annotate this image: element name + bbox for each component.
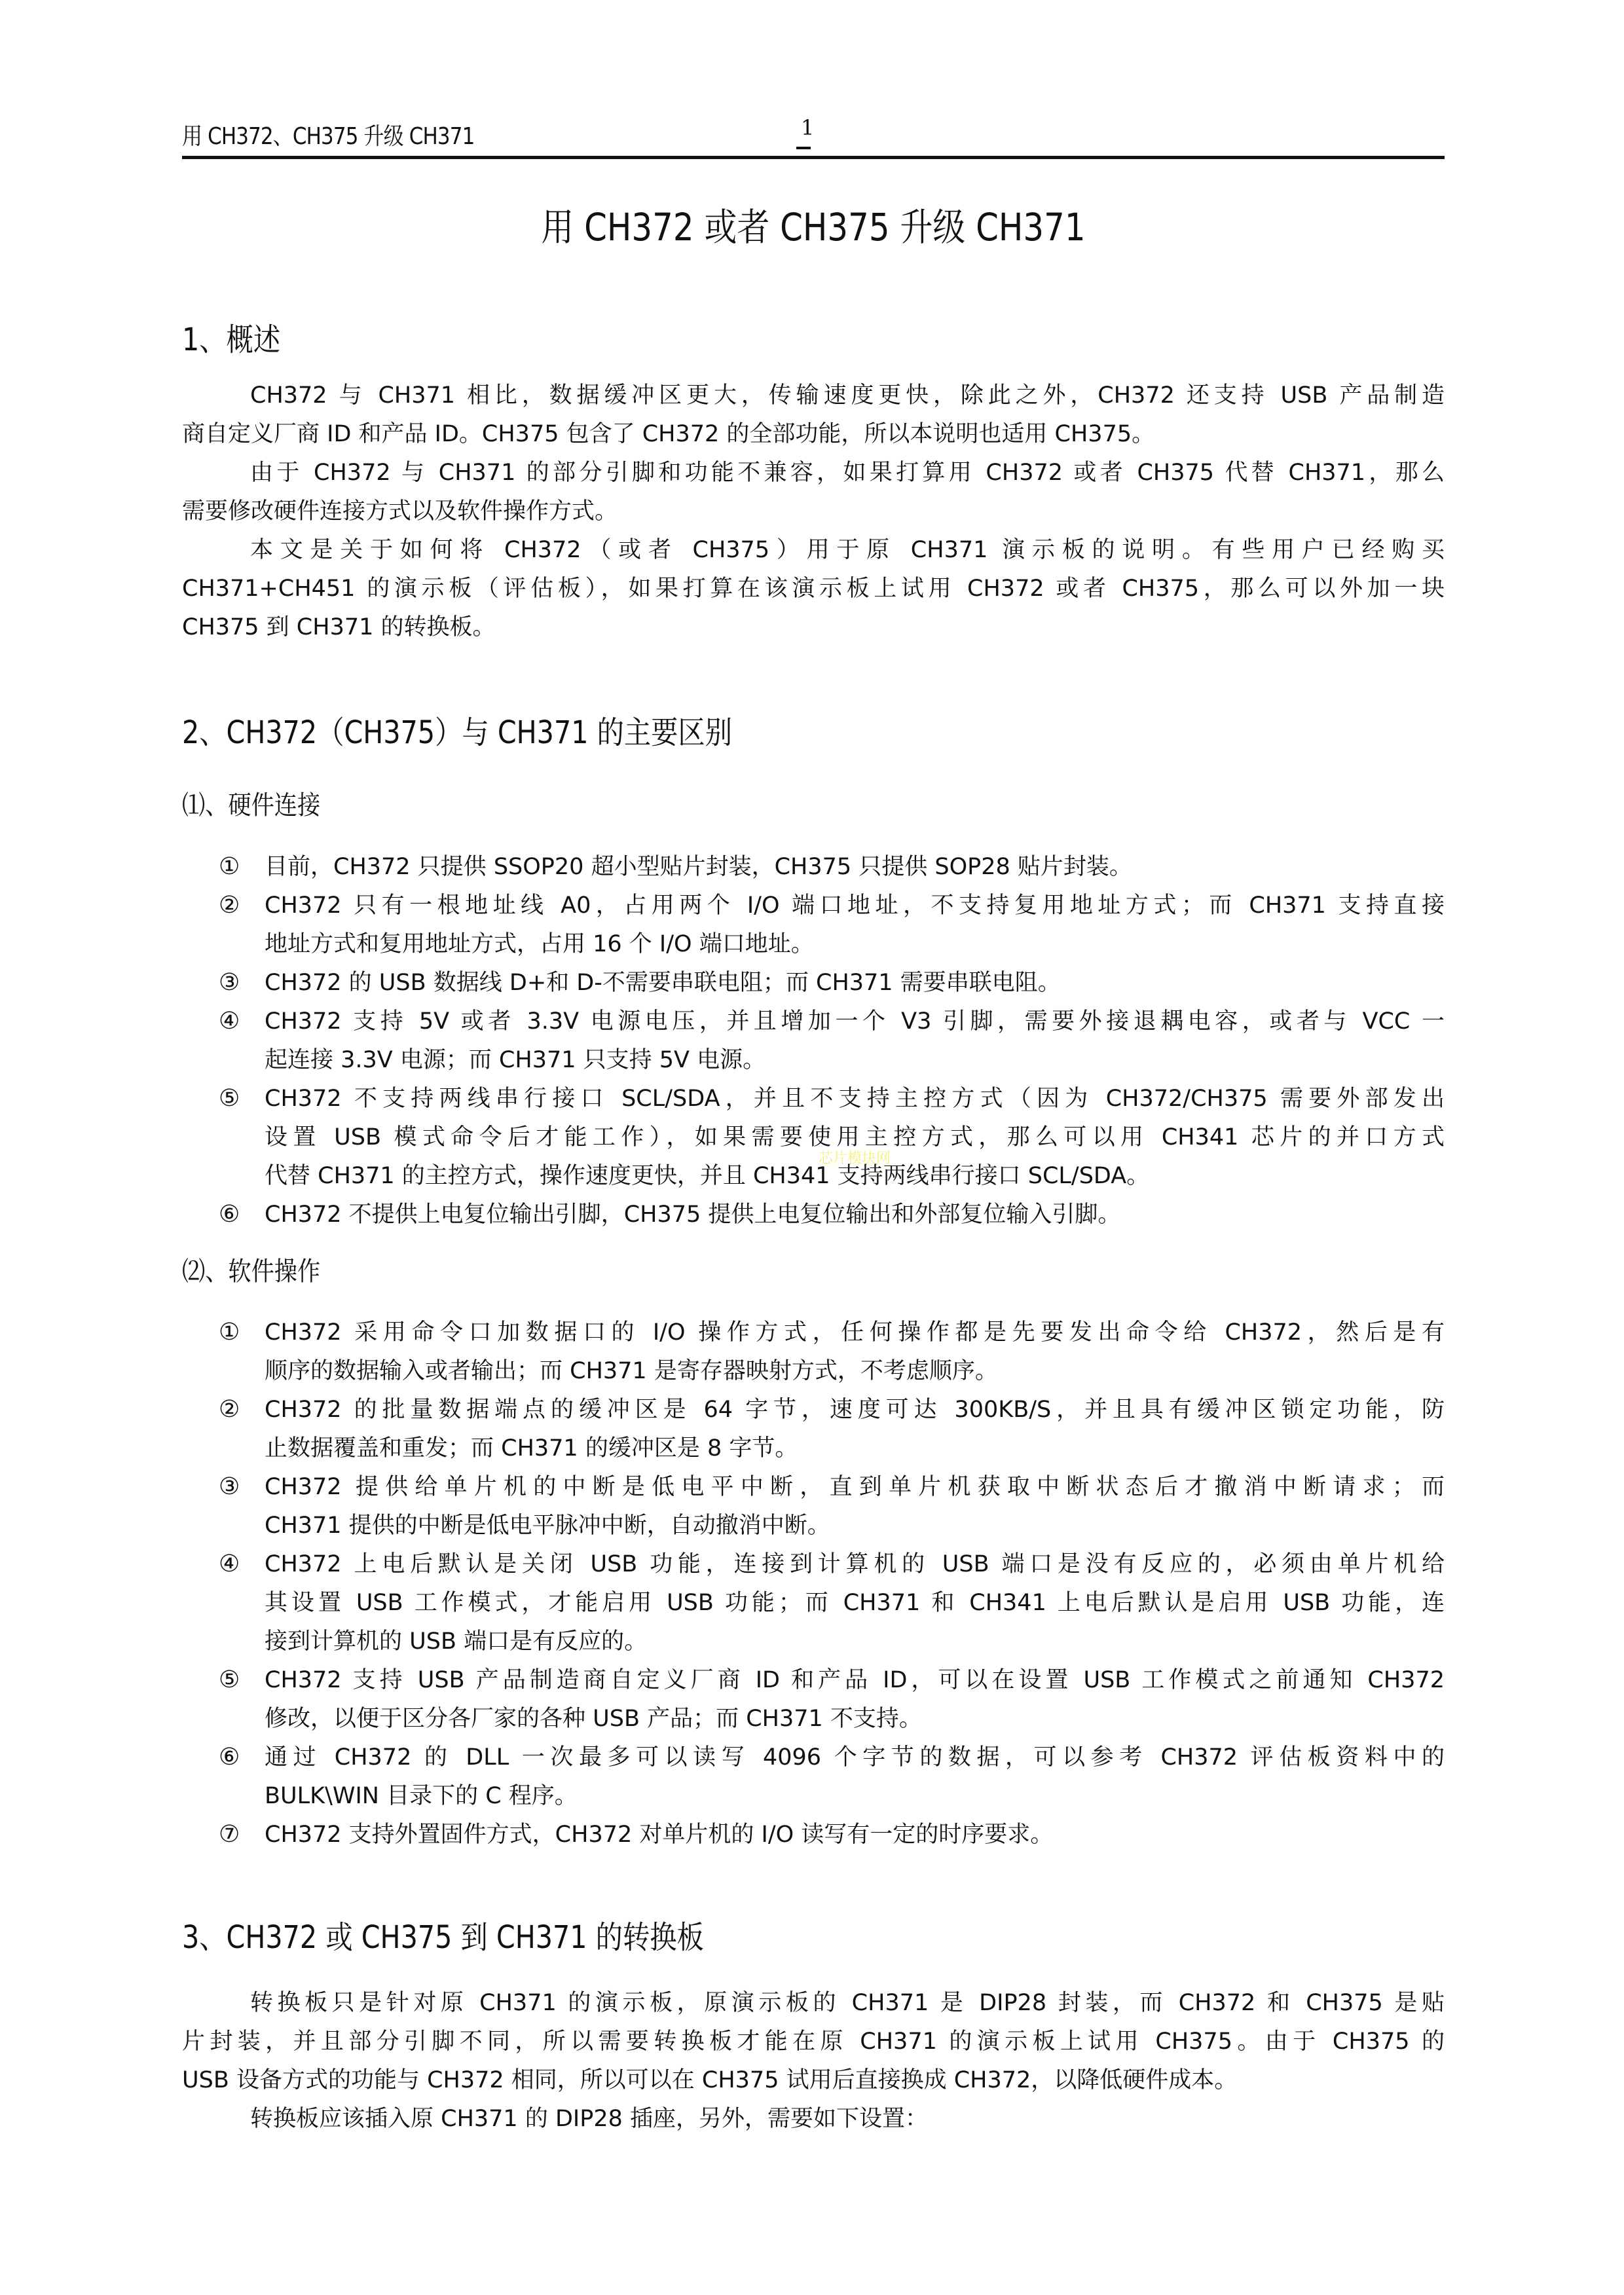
paragraph-line: CH375 到 CH371 的转换板。 bbox=[182, 613, 496, 642]
list-marker: ③ bbox=[219, 968, 240, 997]
list-item-line: 修改，以便于区分各厂家的各种 USB 产品；而 CH371 不支持。 bbox=[265, 1704, 922, 1733]
list-marker: ③ bbox=[219, 1473, 240, 1501]
page-header: 用 CH372、CH375 升级 CH371 1 bbox=[182, 115, 1445, 159]
list-item-line: CH372 只有一根地址线 A0，占用两个 I/O 端口地址，不支持复用地址方式… bbox=[265, 891, 1445, 920]
section-3-heading: 3、CH372 或 CH375 到 CH371 的转换板 bbox=[182, 1912, 704, 1957]
paragraph-line: 片封装，并且部分引脚不同，所以需要转换板才能在原 CH371 的演示板上试用 C… bbox=[182, 2027, 1445, 2056]
list-item-line: CH372 提供给单片机的中断是低电平中断，直到单片机获取中断状态后才撤消中断请… bbox=[265, 1473, 1445, 1501]
list-item-line: BULK\WIN 目录下的 C 程序。 bbox=[265, 1782, 578, 1810]
list-item-line: CH372 支持 5V 或者 3.3V 电源电压，并且增加一个 V3 引脚，需要… bbox=[265, 1007, 1445, 1036]
document-title: 用 CH372 或者 CH375 升级 CH371 bbox=[270, 196, 1356, 251]
page-number-underline bbox=[796, 147, 811, 149]
list-marker: ⑤ bbox=[219, 1084, 240, 1113]
hardware-subheading: ⑴、硬件连接 bbox=[182, 784, 320, 822]
list-item-line: 代替 CH371 的主控方式，操作速度更快，并且 CH341 支持两线串行接口 … bbox=[265, 1162, 1149, 1190]
page-number: 1 bbox=[801, 115, 814, 140]
paragraph-line: USB 设备方式的功能与 CH372 相同，所以可以在 CH375 试用后直接换… bbox=[182, 2066, 1237, 2095]
list-item-line: CH372 的批量数据端点的缓冲区是 64 字节，速度可达 300KB/S，并且… bbox=[265, 1395, 1445, 1424]
list-item-line: CH372 的 USB 数据线 D+和 D-不需要串联电阻；而 CH371 需要… bbox=[265, 968, 1061, 997]
paragraph-line: 商自定义厂商 ID 和产品 ID。CH375 包含了 CH372 的全部功能，所… bbox=[182, 420, 1154, 449]
list-marker: ⑥ bbox=[219, 1743, 240, 1772]
list-item-line: CH372 支持外置固件方式，CH372 对单片机的 I/O 读写有一定的时序要… bbox=[265, 1820, 1053, 1849]
watermark-text: 芯片模块网 bbox=[819, 1147, 891, 1167]
list-item-line: CH372 支持 USB 产品制造商自定义厂商 ID 和产品 ID，可以在设置 … bbox=[265, 1666, 1445, 1695]
list-marker: ① bbox=[219, 1318, 240, 1347]
list-item-line: CH372 不支持两线串行接口 SCL/SDA，并且不支持主控方式（因为 CH3… bbox=[265, 1084, 1445, 1113]
paragraph-line: CH371+CH451 的演示板（评估板），如果打算在该演示板上试用 CH372… bbox=[182, 574, 1445, 603]
list-item-line: 目前，CH372 只提供 SSOP20 超小型贴片封装，CH375 只提供 SO… bbox=[265, 853, 1132, 881]
paragraph-line: 转换板应该插入原 CH371 的 DIP28 插座，另外，需要如下设置： bbox=[250, 2104, 928, 2133]
list-marker: ① bbox=[219, 853, 240, 881]
list-marker: ④ bbox=[219, 1550, 240, 1579]
paragraph-line: CH372 与 CH371 相比，数据缓冲区更大，传输速度更快，除此之外，CH3… bbox=[250, 381, 1445, 410]
list-marker: ⑥ bbox=[219, 1200, 240, 1229]
paragraph-line: 由于 CH372 与 CH371 的部分引脚和功能不兼容，如果打算用 CH372… bbox=[250, 458, 1445, 487]
list-item-line: 顺序的数据输入或者输出；而 CH371 是寄存器映射方式，不考虑顺序。 bbox=[265, 1357, 998, 1386]
list-item-line: CH372 不提供上电复位输出引脚，CH375 提供上电复位输出和外部复位输入引… bbox=[265, 1200, 1120, 1229]
list-item-line: 止数据覆盖和重发；而 CH371 的缓冲区是 8 字节。 bbox=[265, 1434, 798, 1463]
paragraph-line: 需要修改硬件连接方式以及软件操作方式。 bbox=[182, 497, 618, 526]
paragraph-line: 本文是关于如何将 CH372（或者 CH375）用于原 CH371 演示板的说明… bbox=[250, 536, 1445, 564]
running-title: 用 CH372、CH375 升级 CH371 bbox=[182, 118, 474, 151]
section-2-heading: 2、CH372（CH375）与 CH371 的主要区别 bbox=[182, 707, 732, 752]
list-marker: ② bbox=[219, 891, 240, 920]
list-marker: ② bbox=[219, 1395, 240, 1424]
list-marker: ⑤ bbox=[219, 1666, 240, 1695]
list-item-line: CH372 采用命令口加数据口的 I/O 操作方式，任何操作都是先要发出命令给 … bbox=[265, 1318, 1445, 1347]
list-item-line: 起连接 3.3V 电源；而 CH371 只支持 5V 电源。 bbox=[265, 1046, 766, 1074]
list-item-line: 通过 CH372 的 DLL 一次最多可以读写 4096 个字节的数据，可以参考… bbox=[265, 1743, 1445, 1772]
list-marker: ⑦ bbox=[219, 1820, 240, 1849]
list-item-line: 其设置 USB 工作模式，才能启用 USB 功能；而 CH371 和 CH341… bbox=[265, 1588, 1445, 1617]
list-item-line: CH372 上电后默认是关闭 USB 功能，连接到计算机的 USB 端口是没有反… bbox=[265, 1550, 1445, 1579]
list-marker: ④ bbox=[219, 1007, 240, 1036]
list-item-line: CH371 提供的中断是低电平脉冲中断，自动撤消中断。 bbox=[265, 1511, 830, 1540]
paragraph-line: 转换板只是针对原 CH371 的演示板，原演示板的 CH371 是 DIP28 … bbox=[250, 1989, 1445, 2017]
software-subheading: ⑵、软件操作 bbox=[182, 1251, 320, 1288]
list-item-line: 接到计算机的 USB 端口是有反应的。 bbox=[265, 1627, 647, 1656]
section-1-heading: 1、概述 bbox=[182, 314, 280, 359]
list-item-line: 地址方式和复用地址方式，占用 16 个 I/O 端口地址。 bbox=[265, 930, 814, 959]
